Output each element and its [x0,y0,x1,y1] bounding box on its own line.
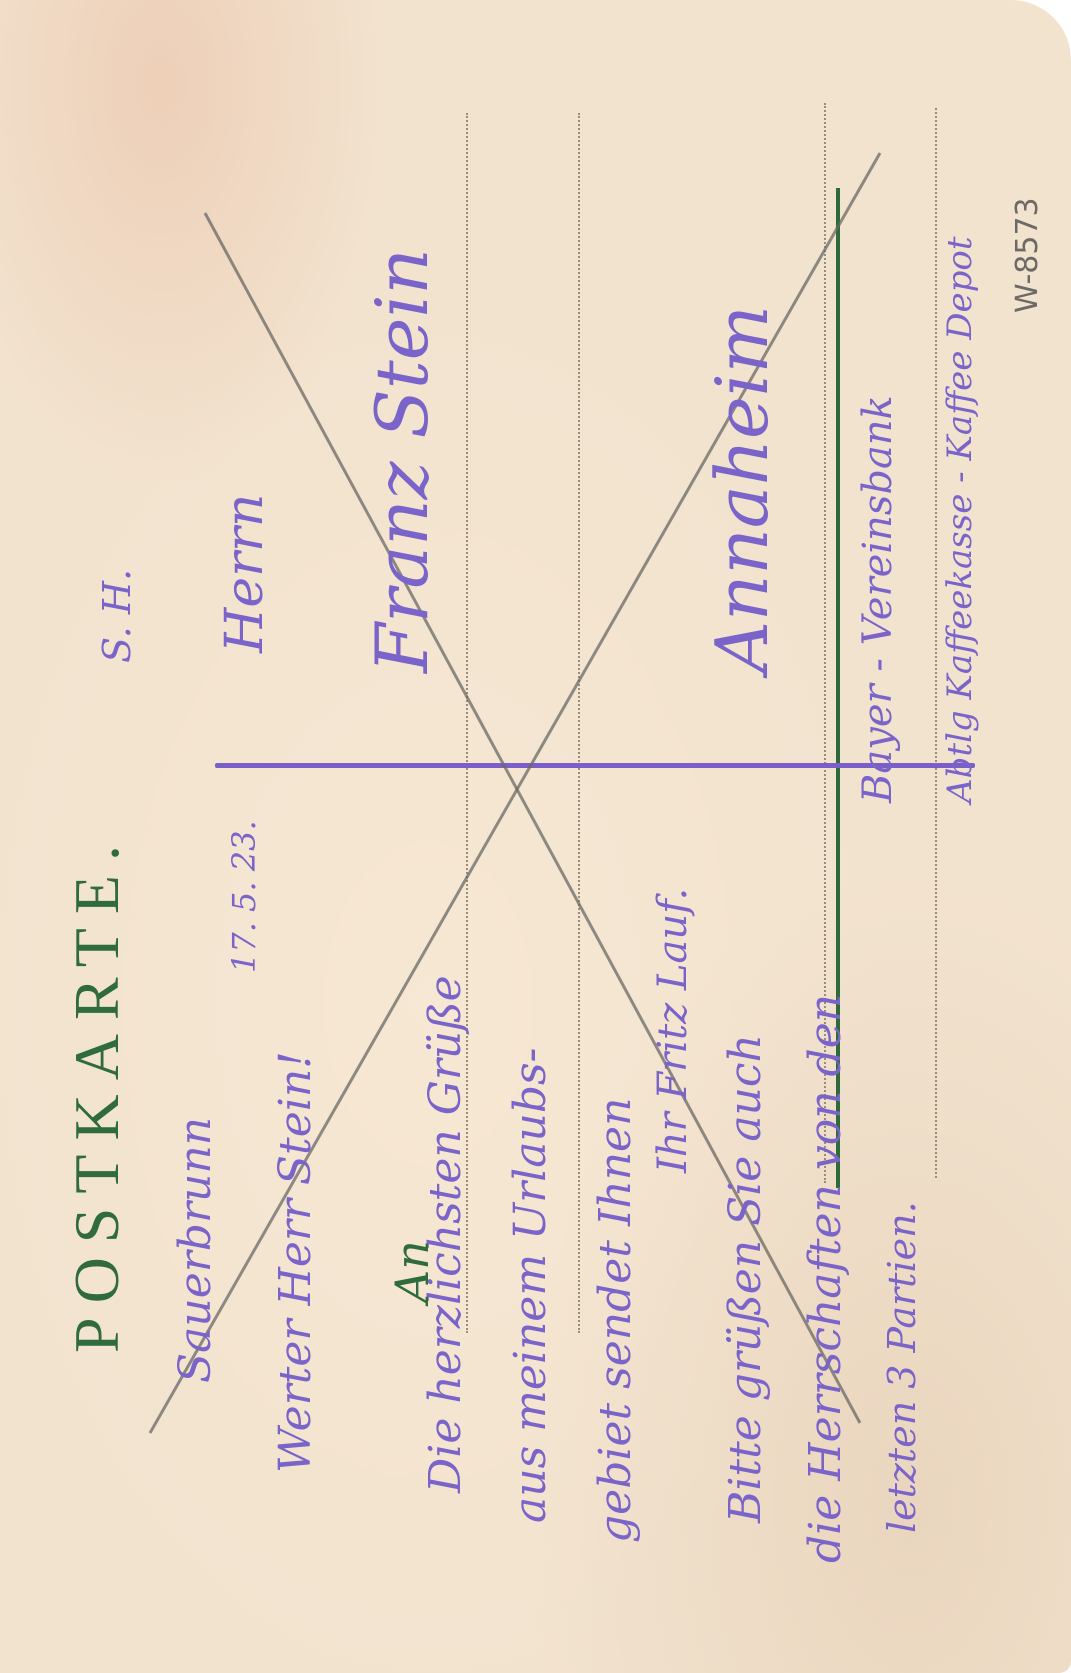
message-header: S. H. [95,569,139,663]
address-name: Franz Stein [360,248,444,673]
message-line: letzten 3 Partien. [880,1201,924,1533]
address-line2: Abtlg Kaffeekasse - Kaffee Depot [940,236,980,803]
address-place: Annaheim [700,305,784,673]
message-line: aus meinem Urlaubs- [505,1048,556,1523]
address-line1: Bayer - Vereinsbank [855,395,901,803]
postcard: POSTKARTE. S. H. Sauerbrunn 17. 5. 23. W… [0,0,1071,1673]
catalog-number: W-8573 [1010,197,1045,313]
message-line: Werter Herr Stein! [270,1051,321,1473]
address-salutation: Herrn [215,494,275,653]
message-place: Sauerbrunn [170,1117,221,1383]
message-line: Die herzlichsten Grüße [420,975,471,1493]
postcard-rotated-face: POSTKARTE. S. H. Sauerbrunn 17. 5. 23. W… [0,0,1071,1673]
message-line: Ihr Fritz Lauf. [650,888,696,1173]
message-line: gebiet sendet Ihnen [590,1098,641,1543]
message-date: 17. 5. 23. [225,820,263,973]
message-line: die Herrschaften von den [800,994,851,1563]
message-line: Bitte grüßen Sie auch [720,1034,771,1523]
printed-an: An [385,1240,439,1303]
